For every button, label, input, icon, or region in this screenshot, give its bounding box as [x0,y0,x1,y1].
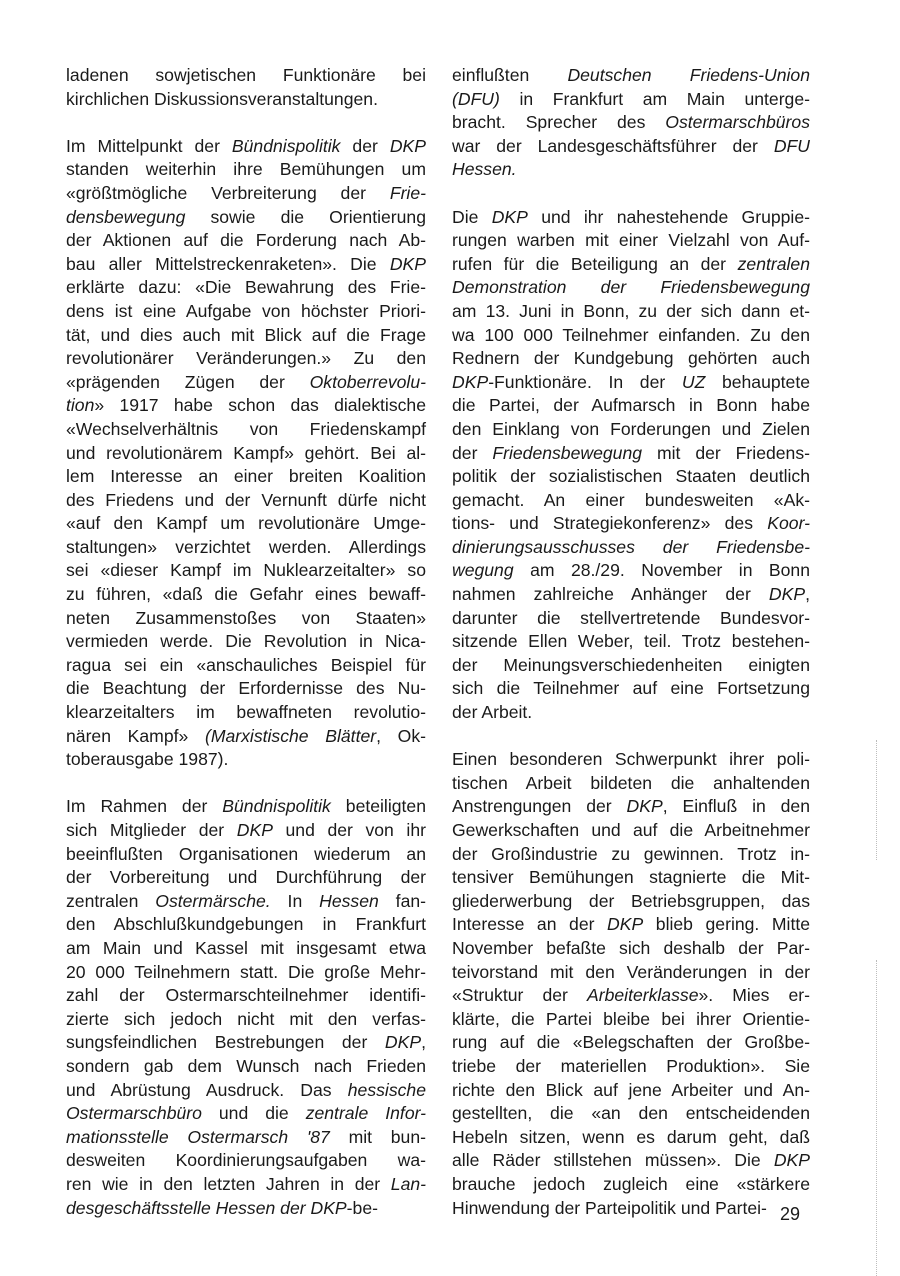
text-run: Rednern der Kundgebung gehörten auch [452,348,810,368]
text-line: gliederwerbung der Betriebsgruppen, das [452,890,810,914]
text-run: bracht. Sprecher des [452,112,665,132]
text-run: Gewerkschaften und auf die Arbeitnehmer [452,820,810,840]
text-run: Im Mittelpunkt der [66,136,232,156]
left-column: ladenen sowjetischen Funktionäre beikirc… [66,64,426,1244]
text-run: die Partei, der Aufmarsch in Bonn habe [452,395,810,415]
text-run: und Abrüstung Ausdruck. Das [66,1080,348,1100]
italic-text-run: DKP [627,796,663,816]
text-run: sich Mitglieder der [66,820,237,840]
text-line: «auf den Kampf um revolutionäre Umge- [66,512,426,536]
text-run: 20 000 Teilnehmern statt. Die große Mehr… [66,962,426,982]
text-line: 20 000 Teilnehmern statt. Die große Mehr… [66,961,426,985]
italic-text-run: wegung [452,560,514,580]
text-run: Hebeln sitzen, wenn es darum geht, daß [452,1127,810,1147]
text-run: Die [452,207,492,227]
text-line: zahl der Ostermarschteilnehmer identifi- [66,984,426,1008]
text-run: «auf den Kampf um revolutionäre Umge- [66,513,426,533]
text-line: ragua sei ein «anschauliches Beispiel fü… [66,654,426,678]
text-line: beeinflußten Organisationen wiederum an [66,843,426,867]
text-run: gliederwerbung der Betriebsgruppen, das [452,891,810,911]
text-run: der Meinungsverschiedenheiten einigten [452,655,810,675]
text-line: Hessen. [452,158,810,182]
text-run: vermieden werde. Die Revolution in Nica- [66,631,426,651]
text-line: der Arbeit. [452,701,810,725]
text-line: lem Interesse an einer breiten Koalition [66,465,426,489]
text-line: «Struktur der Arbeiterklasse». Mies er- [452,984,810,1008]
text-run: » 1917 habe schon das dialektische [94,395,426,415]
italic-text-run: hessische [348,1080,426,1100]
text-line: staltungen» verzichtet werden. Allerding… [66,536,426,560]
text-line: der Großindustrie zu gewinnen. Trotz in- [452,843,810,867]
text-line: am 13. Juni in Bonn, zu der sich dann et… [452,300,810,324]
text-run: blieb gering. Mitte [643,914,810,934]
text-run: nahmen zahlreiche Anhänger der [452,584,769,604]
italic-text-run: zentrale Infor- [306,1103,426,1123]
italic-text-run: Demonstration der Friedensbewegung [452,277,810,297]
text-line: der Meinungsverschiedenheiten einigten [452,654,810,678]
text-line: der Vorbereitung und Durchführung der [66,866,426,890]
text-run: einflußten [452,65,567,85]
text-line: Die DKP und ihr nahestehende Gruppie- [452,206,810,230]
text-run: «prägenden Zügen der [66,372,310,392]
text-line: und Abrüstung Ausdruck. Das hessische [66,1079,426,1103]
text-run: zentralen [66,891,155,911]
text-line: desweiten Koordinierungsaufgaben wa- [66,1149,426,1173]
text-run: am 13. Juni in Bonn, zu der sich dann et… [452,301,810,321]
text-run: am 28./29. November in Bonn [514,560,810,580]
text-line: dens ist eine Aufgabe von höchster Prior… [66,300,426,324]
italic-text-run: DFU [774,136,810,156]
text-run: ren wie in den letzten Jahren in der [66,1174,391,1194]
text-run: am Main und Kassel mit insgesamt etwa [66,938,426,958]
text-run: behauptete [705,372,810,392]
italic-text-run: (Marxistische Blätter [205,726,376,746]
text-run: klärte, die Partei bleibe bei ihrer Orie… [452,1009,810,1029]
paragraph: Einen besonderen Schwerpunkt ihrer poli-… [452,748,810,1220]
text-line: der Friedensbewegung mit der Friedens- [452,442,810,466]
scan-edge-artifact [876,740,878,860]
text-line: bracht. Sprecher des Ostermarschbüros [452,111,810,135]
text-line: triebe der materiellen Produktion». Sie [452,1055,810,1079]
text-run: der Großindustrie zu gewinnen. Trotz in- [452,844,810,864]
text-line: darunter die stellvertretende Bundesvor- [452,607,810,631]
text-run: November befaßte sich deshalb der Par- [452,938,810,958]
text-run: wa 100 000 Teilnehmer einfanden. Zu den [452,325,810,345]
italic-text-run: Hessen [319,891,379,911]
text-run: sich die Teilnehmer auf eine Fortsetzung [452,678,810,698]
text-line: ren wie in den letzten Jahren in der Lan… [66,1173,426,1197]
text-run: und der von ihr [273,820,426,840]
text-line: wa 100 000 Teilnehmer einfanden. Zu den [452,324,810,348]
text-line: sitzende Ellen Weber, teil. Trotz besteh… [452,630,810,654]
text-run: den Abschlußkundgebungen in Frankfurt [66,914,426,934]
italic-text-run: DKP [769,584,805,604]
text-line: tions- und Strategiekonferenz» des Koor- [452,512,810,536]
italic-text-run: DKP [390,136,426,156]
text-line: politik der sozialistischen Staaten deut… [452,465,810,489]
text-line: sich die Teilnehmer auf eine Fortsetzung [452,677,810,701]
text-run: war der Landesgeschäftsführer der [452,136,774,156]
text-line: sungsfeindlichen Bestrebungen der DKP, [66,1031,426,1055]
italic-text-run: Bündnispolitik [222,796,331,816]
text-run: und die [202,1103,306,1123]
italic-text-run: DKP [237,820,273,840]
italic-text-run: zentralen [738,254,810,274]
text-run: tischen Arbeit bildeten die anhaltenden [452,773,810,793]
text-run: sowie die Orientierung [185,207,426,227]
text-run: mit bun- [330,1127,426,1147]
text-run: , [421,1032,426,1052]
text-line: die Beachtung der Erfordernisse des Nu- [66,677,426,701]
text-run: dens ist eine Aufgabe von höchster Prior… [66,301,426,321]
text-line: teivorstand mit den Veränderungen in der [452,961,810,985]
text-line: den Abschlußkundgebungen in Frankfurt [66,913,426,937]
text-run: toberausgabe 1987). [66,749,228,769]
text-run: Einen besonderen Schwerpunkt ihrer poli- [452,749,810,769]
text-line: Im Rahmen der Bündnispolitik beteiligten [66,795,426,819]
text-run: mit der Friedens- [642,443,810,463]
text-line: revolutionärer Veränderungen.» Zu den [66,347,426,371]
text-run: desweiten Koordinierungsaufgaben wa- [66,1150,426,1170]
text-run: politik der sozialistischen Staaten deut… [452,466,810,486]
italic-text-run: DKP [492,207,528,227]
text-run: beteiligten [331,796,426,816]
text-line: Gewerkschaften und auf die Arbeitnehmer [452,819,810,843]
text-run: der Aktionen auf die Forderung nach Ab- [66,230,426,250]
text-line: densbewegung sowie die Orientierung [66,206,426,230]
text-line: tischen Arbeit bildeten die anhaltenden [452,772,810,796]
text-run: sungsfeindlichen Bestrebungen der [66,1032,385,1052]
text-run: brauche jedoch zugleich eine «stärkere [452,1174,810,1194]
italic-text-run: Koor- [767,513,810,533]
text-run: sondern gab dem Wunsch nach Frieden [66,1056,426,1076]
text-line: dinierungsausschusses der Friedensbe- [452,536,810,560]
text-run: rufen für die Beteiligung an der [452,254,738,274]
text-line: des Friedens und der Vernunft dürfe nich… [66,489,426,513]
italic-text-run: Oktoberrevolu- [310,372,426,392]
text-run: -be- [347,1198,378,1218]
text-run: alle Räder stillstehen müssen». Die [452,1150,774,1170]
text-run: zu führen, «daß die Gefahr eines bewaff- [66,584,426,604]
text-run: nären Kampf» [66,726,205,746]
text-line: sich Mitglieder der DKP und der von ihr [66,819,426,843]
italic-text-run: UZ [682,372,705,392]
text-line: DKP-Funktionäre. In der UZ behauptete [452,371,810,395]
text-line: tensiver Bemühungen stagnierte die Mit- [452,866,810,890]
text-line: rungen warben mit einer Vielzahl von Auf… [452,229,810,253]
paragraph: Die DKP und ihr nahestehende Gruppie-run… [452,206,810,725]
italic-text-run: Frie- [390,183,426,203]
text-run: «Wechselverhältnis von Friedenskampf [66,419,426,439]
text-run: rungen warben mit einer Vielzahl von Auf… [452,230,810,250]
text-run: sei «dieser Kampf im Nuklearzeitalter» s… [66,560,426,580]
text-line: zentralen Ostermärsche. In Hessen fan- [66,890,426,914]
italic-text-run: DKP [452,372,488,392]
text-run: der [452,443,492,463]
text-line: rufen für die Beteiligung an der zentral… [452,253,810,277]
text-run: tions- und Strategiekonferenz» des [452,513,767,533]
text-run: erklärte dazu: «Die Bewahrung des Frie- [66,277,426,297]
text-run: des Friedens und der Vernunft dürfe nich… [66,490,426,510]
italic-text-run: dinierungsausschusses der Friedensbe- [452,537,810,557]
text-run: beeinflußten Organisationen wiederum an [66,844,426,864]
paragraph: einflußten Deutschen Friedens-Union(DFU)… [452,64,810,182]
text-line: «prägenden Zügen der Oktoberrevolu- [66,371,426,395]
text-run: lem Interesse an einer breiten Koalition [66,466,426,486]
text-run: gestellten, die «an den entscheidenden [452,1103,810,1123]
text-run: Interesse an der [452,914,607,934]
text-run: bau aller Mittelstreckenraketen». Die [66,254,390,274]
italic-text-run: (DFU) [452,89,500,109]
text-run: , Ok- [376,726,426,746]
text-run: standen weiterhin ihre Bemühungen um [66,159,426,179]
text-line: November befaßte sich deshalb der Par- [452,937,810,961]
text-line: nahmen zahlreiche Anhänger der DKP, [452,583,810,607]
italic-text-run: tion [66,395,94,415]
text-run: In [271,891,319,911]
text-line: klearzeitalters im bewaffneten revolutio… [66,701,426,725]
text-run: staltungen» verzichtet werden. Allerding… [66,537,426,557]
text-line: «Wechselverhältnis von Friedenskampf [66,418,426,442]
text-line: Rednern der Kundgebung gehörten auch [452,347,810,371]
text-run: und revolutionärem Kampf» gehört. Bei al… [66,443,426,463]
text-run: Im Rahmen der [66,796,222,816]
text-line: gestellten, die «an den entscheidenden [452,1102,810,1126]
text-run: , [805,584,810,604]
text-line: bau aller Mittelstreckenraketen». Die DK… [66,253,426,277]
text-run: der [340,136,389,156]
text-line: toberausgabe 1987). [66,748,426,772]
paragraph: ladenen sowjetischen Funktionäre beikirc… [66,64,426,111]
scan-edge-artifact [876,960,878,1276]
italic-text-run: Ostermärsche. [155,891,270,911]
italic-text-run: mationsstelle Ostermarsch '87 [66,1127,330,1147]
text-line: alle Räder stillstehen müssen». Die DKP [452,1149,810,1173]
italic-text-run: DKP [774,1150,810,1170]
italic-text-run: DKP [385,1032,421,1052]
text-line: tion» 1917 habe schon das dialektische [66,394,426,418]
italic-text-run: densbewegung [66,207,185,227]
italic-text-run: Bündnispolitik [232,136,341,156]
text-run: den Einklang von Forderungen und Zielen [452,419,810,439]
text-run: sitzende Ellen Weber, teil. Trotz besteh… [452,631,810,651]
text-line: war der Landesgeschäftsführer der DFU [452,135,810,159]
text-line: «größtmögliche Verbreiterung der Frie- [66,182,426,206]
italic-text-run: Friedensbewegung [492,443,642,463]
text-line: vermieden werde. Die Revolution in Nica- [66,630,426,654]
text-run: Hinwendung der Parteipolitik und Partei- [452,1198,767,1218]
text-line: Anstrengungen der DKP, Einfluß in den [452,795,810,819]
text-run: zahl der Ostermarschteilnehmer identifi- [66,985,426,1005]
text-line: kirchlichen Diskussionsveranstaltungen. [66,88,426,112]
text-line: gemacht. An einer bundesweiten «Ak- [452,489,810,513]
right-column: einflußten Deutschen Friedens-Union(DFU)… [452,64,810,1244]
text-line: Interesse an der DKP blieb gering. Mitte [452,913,810,937]
text-run: tät, und dies auch mit Blick auf die Fra… [66,325,426,345]
text-run: richte den Blick auf jene Arbeiter und A… [452,1080,810,1100]
text-line: rung auf die «Belegschaften der Großbe- [452,1031,810,1055]
text-run: darunter die stellvertretende Bundesvor- [452,608,810,628]
text-line: desgeschäftsstelle Hessen der DKP-be- [66,1197,426,1221]
text-run: ladenen sowjetischen Funktionäre bei [66,65,426,85]
text-line: der Aktionen auf die Forderung nach Ab- [66,229,426,253]
text-line: Im Mittelpunkt der Bündnispolitik der DK… [66,135,426,159]
page-number: 29 [780,1204,800,1225]
paragraph: Im Rahmen der Bündnispolitik beteiligten… [66,795,426,1220]
text-line: sei «dieser Kampf im Nuklearzeitalter» s… [66,559,426,583]
text-run: fan- [379,891,426,911]
text-run: teivorstand mit den Veränderungen in der [452,962,810,982]
text-line: tät, und dies auch mit Blick auf die Fra… [66,324,426,348]
italic-text-run: Ostermarschbüros [665,112,810,132]
text-line: Einen besonderen Schwerpunkt ihrer poli- [452,748,810,772]
text-line: erklärte dazu: «Die Bewahrung des Frie- [66,276,426,300]
text-line: neten Zusammenstoßes von Staaten» [66,607,426,631]
text-run: gemacht. An einer bundesweiten «Ak- [452,490,810,510]
text-run: «Struktur der [452,985,587,1005]
text-line: Hebeln sitzen, wenn es darum geht, daß [452,1126,810,1150]
text-run: kirchlichen Diskussionsveranstaltungen. [66,89,378,109]
italic-text-run: Ostermarschbüro [66,1103,202,1123]
text-line: ladenen sowjetischen Funktionäre bei [66,64,426,88]
text-line: (DFU) in Frankfurt am Main unterge- [452,88,810,112]
text-line: richte den Blick auf jene Arbeiter und A… [452,1079,810,1103]
text-run: tensiver Bemühungen stagnierte die Mit- [452,867,810,887]
text-line: einflußten Deutschen Friedens-Union [452,64,810,88]
text-run: ragua sei ein «anschauliches Beispiel fü… [66,655,426,675]
text-run: ». Mies er- [698,985,810,1005]
text-line: zu führen, «daß die Gefahr eines bewaff- [66,583,426,607]
text-line: nären Kampf» (Marxistische Blätter, Ok- [66,725,426,749]
text-run: rung auf die «Belegschaften der Großbe- [452,1032,810,1052]
text-line: Demonstration der Friedensbewegung [452,276,810,300]
text-line: den Einklang von Forderungen und Zielen [452,418,810,442]
text-line: die Partei, der Aufmarsch in Bonn habe [452,394,810,418]
italic-text-run: DKP [390,254,426,274]
text-run: und ihr nahestehende Gruppie- [528,207,810,227]
text-line: sondern gab dem Wunsch nach Frieden [66,1055,426,1079]
text-run: in Frankfurt am Main unterge- [500,89,810,109]
text-run: der Vorbereitung und Durchführung der [66,867,426,887]
paragraph: Im Mittelpunkt der Bündnispolitik der DK… [66,135,426,772]
italic-text-run: desgeschäftsstelle Hessen der DKP [66,1198,347,1218]
text-line: am Main und Kassel mit insgesamt etwa [66,937,426,961]
italic-text-run: Arbeiterklasse [587,985,698,1005]
italic-text-run: DKP [607,914,643,934]
text-run: Anstrengungen der [452,796,627,816]
text-run: -Funktionäre. In der [488,372,682,392]
text-line: und revolutionärem Kampf» gehört. Bei al… [66,442,426,466]
text-line: mationsstelle Ostermarsch '87 mit bun- [66,1126,426,1150]
text-run: «größtmögliche Verbreiterung der [66,183,390,203]
text-run: revolutionärer Veränderungen.» Zu den [66,348,426,368]
text-line: Hinwendung der Parteipolitik und Partei- [452,1197,810,1221]
text-run: triebe der materiellen Produktion». Sie [452,1056,810,1076]
italic-text-run: Lan- [391,1174,426,1194]
text-run: , Einfluß in den [663,796,810,816]
text-run: zierte sich jedoch nicht mit den verfas- [66,1009,426,1029]
text-run: klearzeitalters im bewaffneten revolutio… [66,702,426,722]
text-line: standen weiterhin ihre Bemühungen um [66,158,426,182]
text-run: die Beachtung der Erfordernisse des Nu- [66,678,426,698]
text-line: wegung am 28./29. November in Bonn [452,559,810,583]
text-line: klärte, die Partei bleibe bei ihrer Orie… [452,1008,810,1032]
text-line: brauche jedoch zugleich eine «stärkere [452,1173,810,1197]
text-run: der Arbeit. [452,702,532,722]
italic-text-run: Deutschen Friedens-Union [567,65,810,85]
text-run: neten Zusammenstoßes von Staaten» [66,608,426,628]
italic-text-run: Hessen. [452,159,517,179]
text-line: zierte sich jedoch nicht mit den verfas- [66,1008,426,1032]
text-line: Ostermarschbüro und die zentrale Infor- [66,1102,426,1126]
